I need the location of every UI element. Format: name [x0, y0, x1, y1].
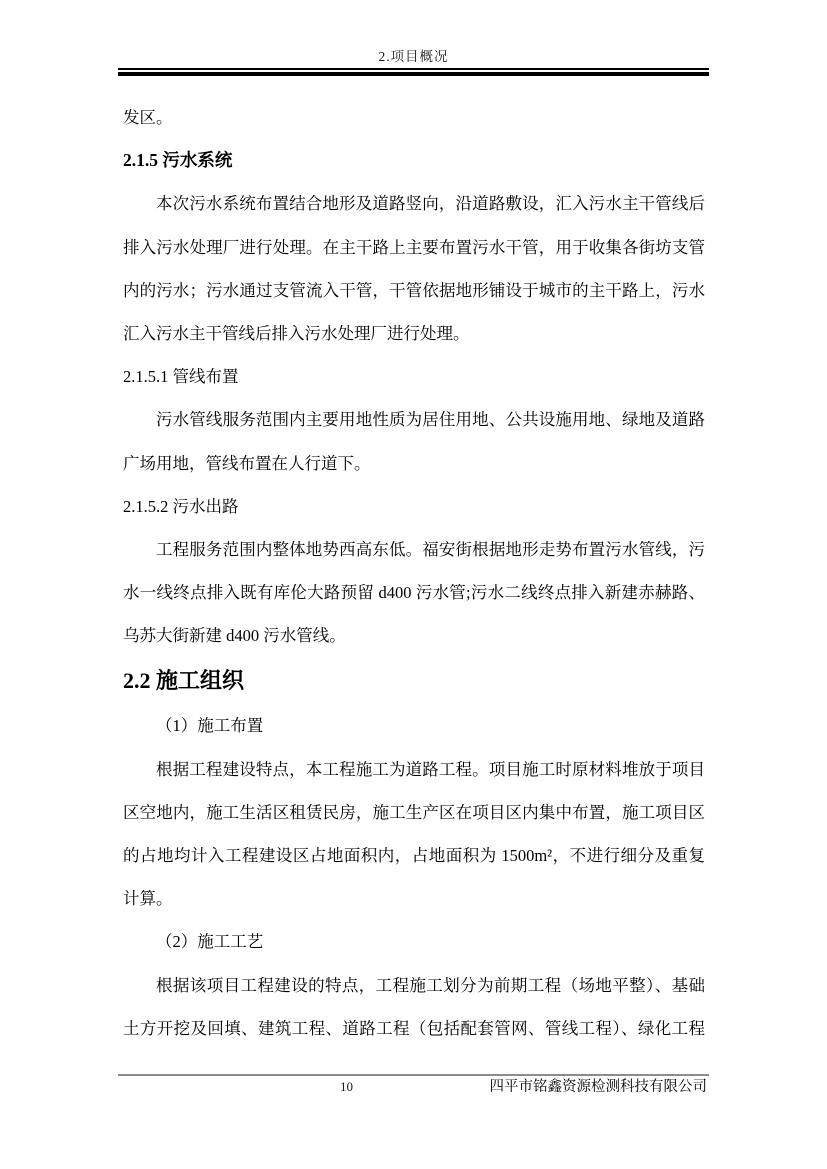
footer-rule: [118, 1074, 709, 1076]
page-number: 10: [340, 1079, 353, 1095]
footer-company-name: 四平市铭鑫资源检测科技有限公司: [490, 1078, 708, 1096]
page-footer: 10 四平市铭鑫资源检测科技有限公司: [118, 0, 709, 1169]
document-page: 2.项目概况 发区。 2.1.5 污水系统 本次污水系统布置结合地形及道路竖向，…: [0, 0, 827, 1169]
